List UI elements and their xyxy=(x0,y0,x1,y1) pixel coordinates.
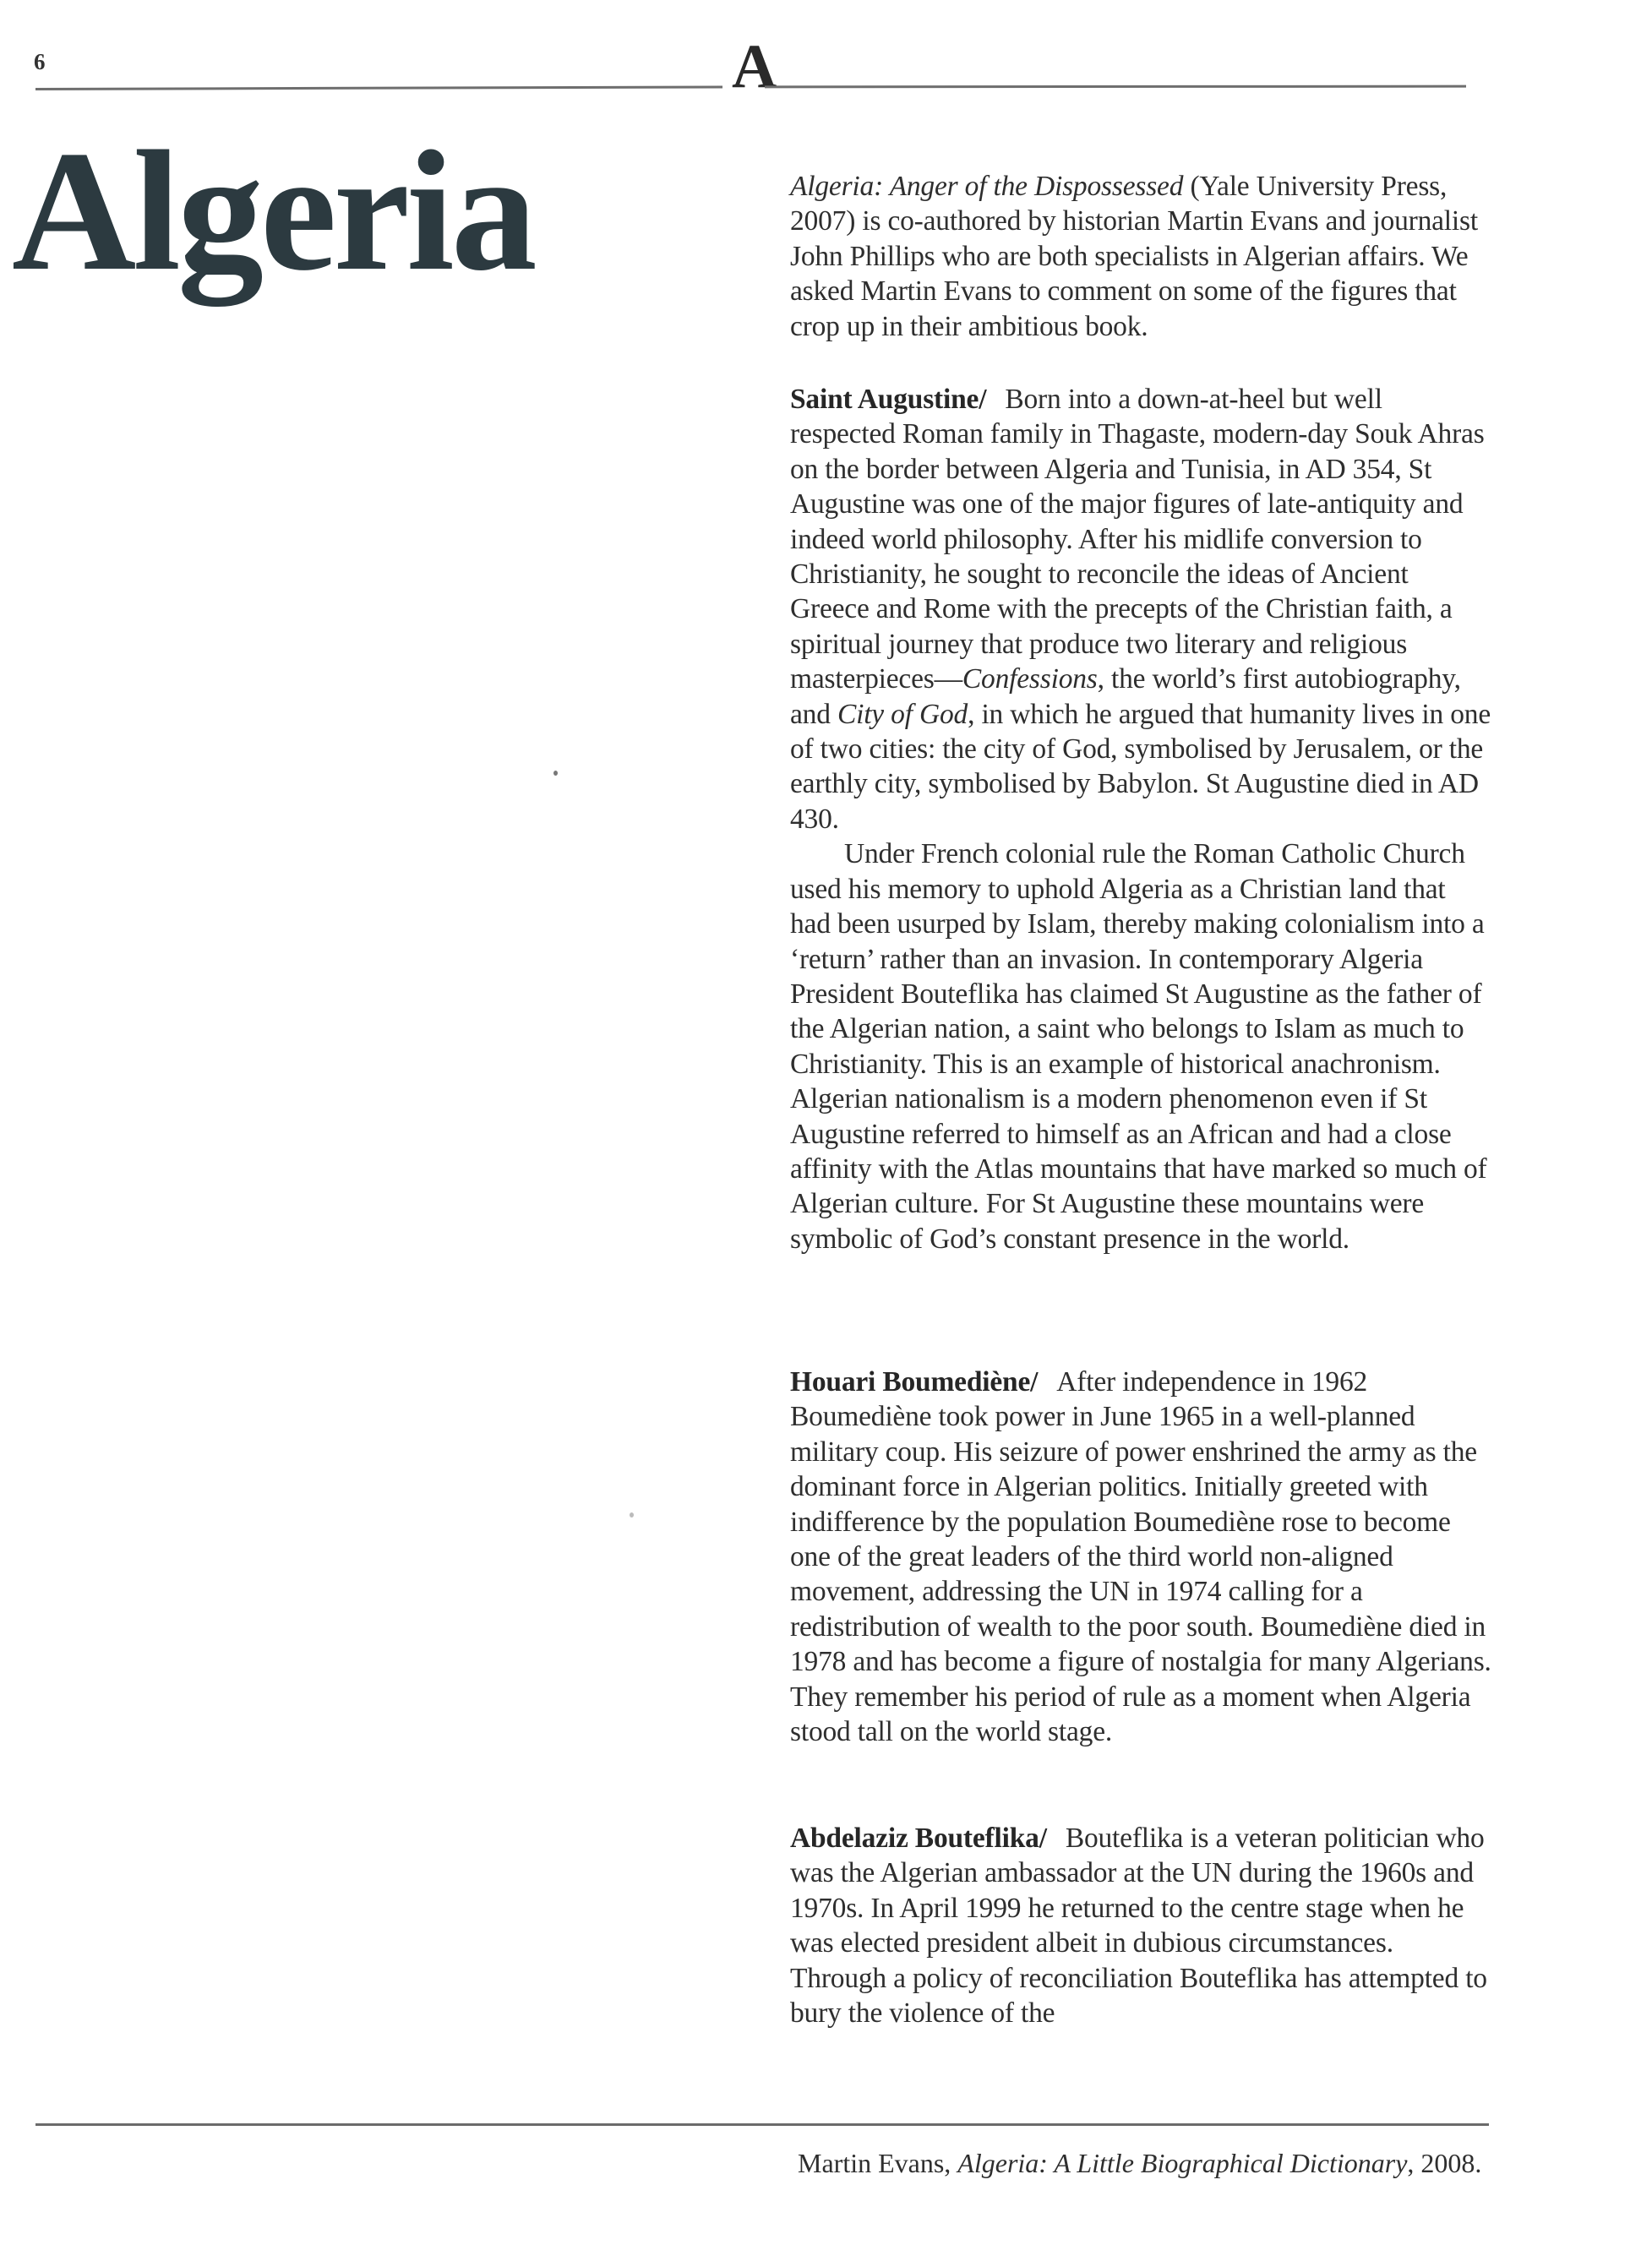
citation-author: Martin Evans, xyxy=(798,2148,957,2178)
page-title: Algeria xyxy=(12,125,534,297)
entry-heading: Abdelaziz Bouteflika/ xyxy=(790,1823,1047,1854)
citation-year: , 2008. xyxy=(1407,2148,1481,2178)
entry-paragraph: Under French colonial rule the Roman Cat… xyxy=(790,836,1491,1256)
section-letter: A xyxy=(732,35,777,98)
entry-text: After independence in 1962 Boumediène to… xyxy=(790,1366,1491,1747)
citation-work: Algeria: A Little Biographical Dictionar… xyxy=(957,2148,1407,2178)
footer-rule xyxy=(35,2123,1489,2126)
work-title: Confessions xyxy=(962,663,1098,695)
book-title: Algeria: Anger of the Dispossessed xyxy=(790,171,1183,202)
header-rule-right xyxy=(765,85,1466,89)
scan-speck xyxy=(553,771,558,776)
entry-abdelaziz-bouteflika: Abdelaziz Bouteflika/Bouteflika is a vet… xyxy=(790,1821,1491,2030)
entry-text: Born into a down-at-heel but well respec… xyxy=(790,384,1485,695)
scan-speck xyxy=(630,1512,634,1518)
entry-heading: Saint Augustine/ xyxy=(790,384,986,415)
entry-saint-augustine: Saint Augustine/Born into a down-at-heel… xyxy=(790,382,1491,1256)
entry-houari-boumediene: Houari Boumediène/After independence in … xyxy=(790,1365,1491,1749)
page-number: 6 xyxy=(34,49,46,75)
header-rule-left xyxy=(35,85,722,90)
entry-heading: Houari Boumediène/ xyxy=(790,1366,1038,1398)
intro-paragraph: Algeria: Anger of the Dispossessed (Yale… xyxy=(790,169,1491,344)
work-title: City of God xyxy=(837,699,968,730)
citation: Martin Evans, Algeria: A Little Biograph… xyxy=(798,2144,1481,2182)
